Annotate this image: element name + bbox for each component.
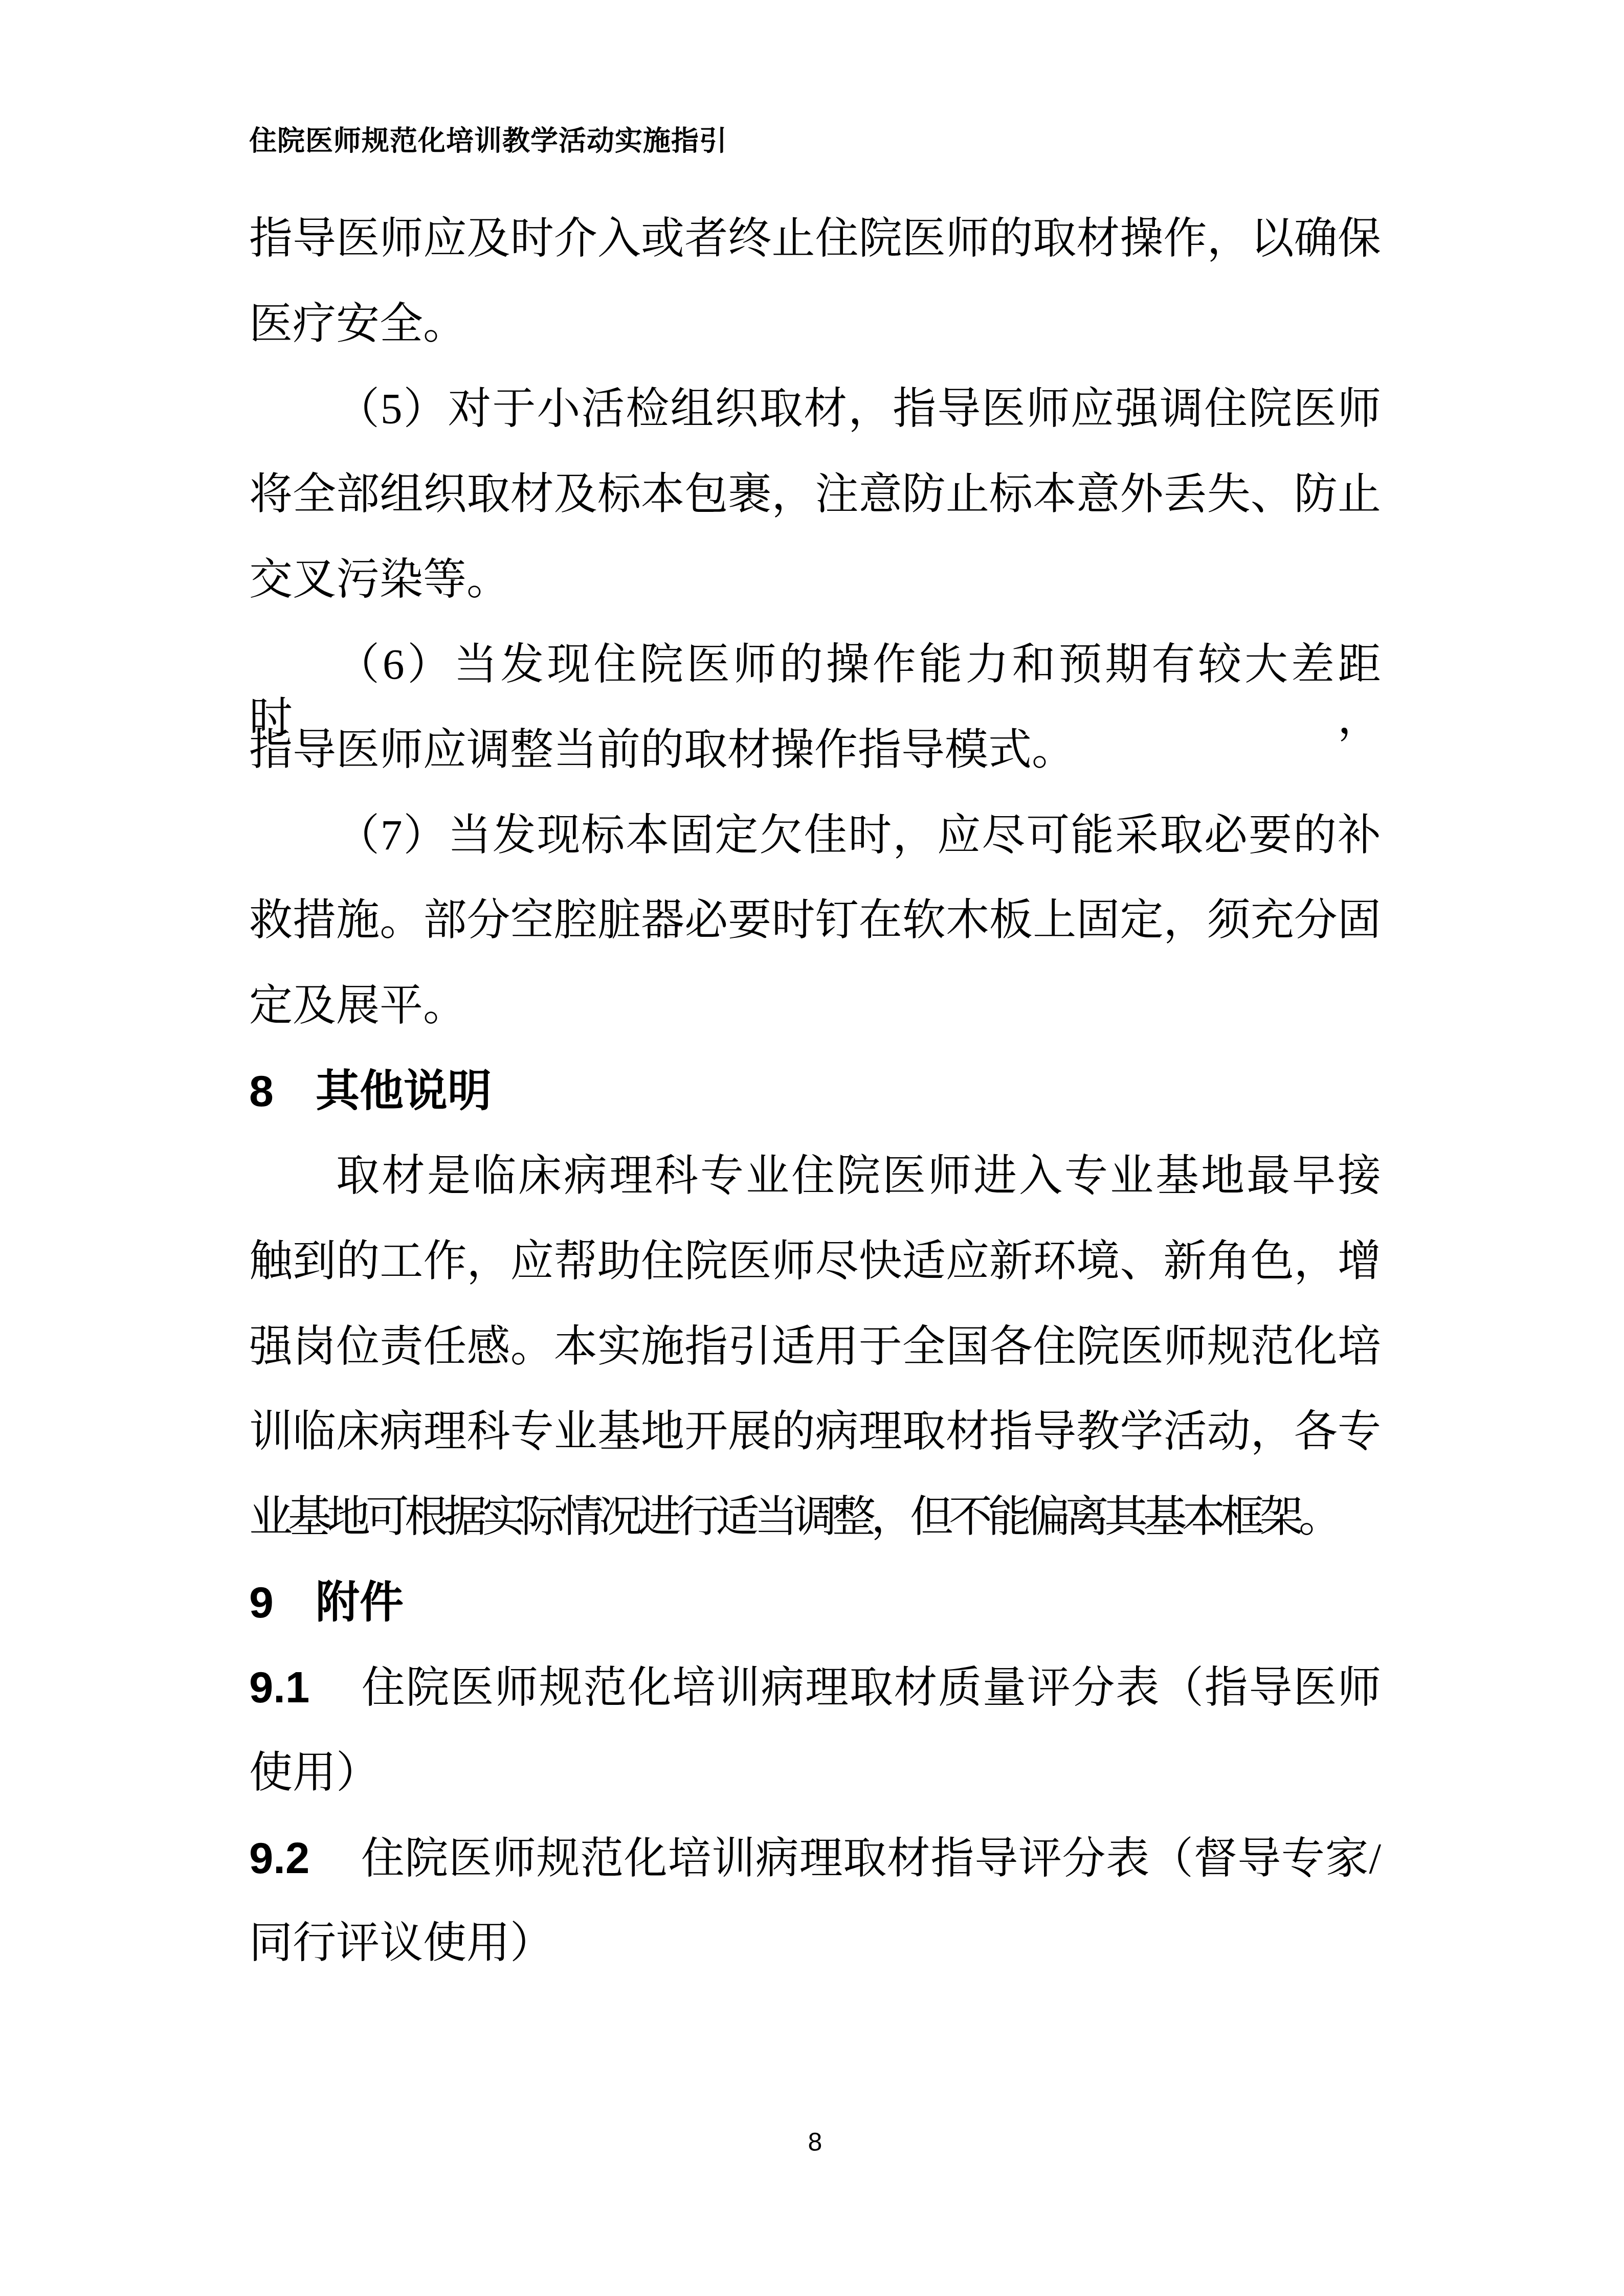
body-line: 业基地可根据实际情况进行适当调整，但不能偏离其基本框架。 — [249, 1491, 1381, 1544]
body-line: 将全部组织取材及标本包裹，注意防止标本意外丢失、防止 — [249, 468, 1381, 522]
section-8-number: 8 — [249, 1065, 316, 1118]
body-line: 交叉污染等。 — [249, 553, 1381, 607]
attachment-9-2-number: 9.2 — [249, 1832, 361, 1885]
body-line: 定及展平。 — [249, 979, 1381, 1033]
body-line: 取材是临床病理科专业住院医师进入专业基地最早接 — [249, 1150, 1381, 1203]
body-line: 救措施。部分空腔脏器必要时钉在软木板上固定，须充分固 — [249, 894, 1381, 948]
attachment-9-1-text: 住院医师规范化培训病理取材质量评分表（指导医师 — [361, 1664, 1381, 1712]
body-line: 医疗安全。 — [249, 298, 1381, 351]
body-line: （5）对于小活检组织取材，指导医师应强调住院医师 — [249, 382, 1381, 436]
page-number: 8 — [249, 2127, 1381, 2157]
section-9-title: 附件 — [316, 1578, 404, 1627]
section-9-heading: 9附件 — [249, 1576, 1381, 1630]
body-line: 指导医师应及时介入或者终止住院医师的取材操作，以确保 — [249, 212, 1381, 266]
section-8-title: 其他说明 — [316, 1067, 492, 1116]
body-line: 触到的工作，应帮助住院医师尽快适应新环境、新角色，增 — [249, 1235, 1381, 1289]
attachment-9-2-text: 住院医师规范化培训病理取材指导评分表（督导专家/ — [361, 1835, 1381, 1883]
section-9-number: 9 — [249, 1576, 316, 1630]
page-header: 住院医师规范化培训教学活动实施指引 — [249, 119, 727, 159]
body-line: （7）当发现标本固定欠佳时，应尽可能采取必要的补 — [249, 809, 1381, 863]
attachment-9-2-line2: 同行评议使用） — [249, 1917, 1381, 1970]
body-line: 强岗位责任感。本实施指引适用于全国各住院医师规范化培 — [249, 1320, 1381, 1374]
body-line: 指导医师应调整当前的取材操作指导模式。 — [249, 724, 1381, 777]
attachment-9-1-line2: 使用） — [249, 1746, 1381, 1800]
attachment-9-1-number: 9.1 — [249, 1661, 361, 1715]
section-8-heading: 8其他说明 — [249, 1065, 1381, 1118]
document-page: 住院医师规范化培训教学活动实施指引 指导医师应及时介入或者终止住院医师的取材操作… — [0, 0, 1624, 2296]
attachment-9-1-line1: 9.1住院医师规范化培训病理取材质量评分表（指导医师 — [249, 1661, 1381, 1715]
body-line: 训临床病理科专业基地开展的病理取材指导教学活动，各专 — [249, 1405, 1381, 1459]
attachment-9-2-line1: 9.2住院医师规范化培训病理取材指导评分表（督导专家/ — [249, 1832, 1381, 1886]
